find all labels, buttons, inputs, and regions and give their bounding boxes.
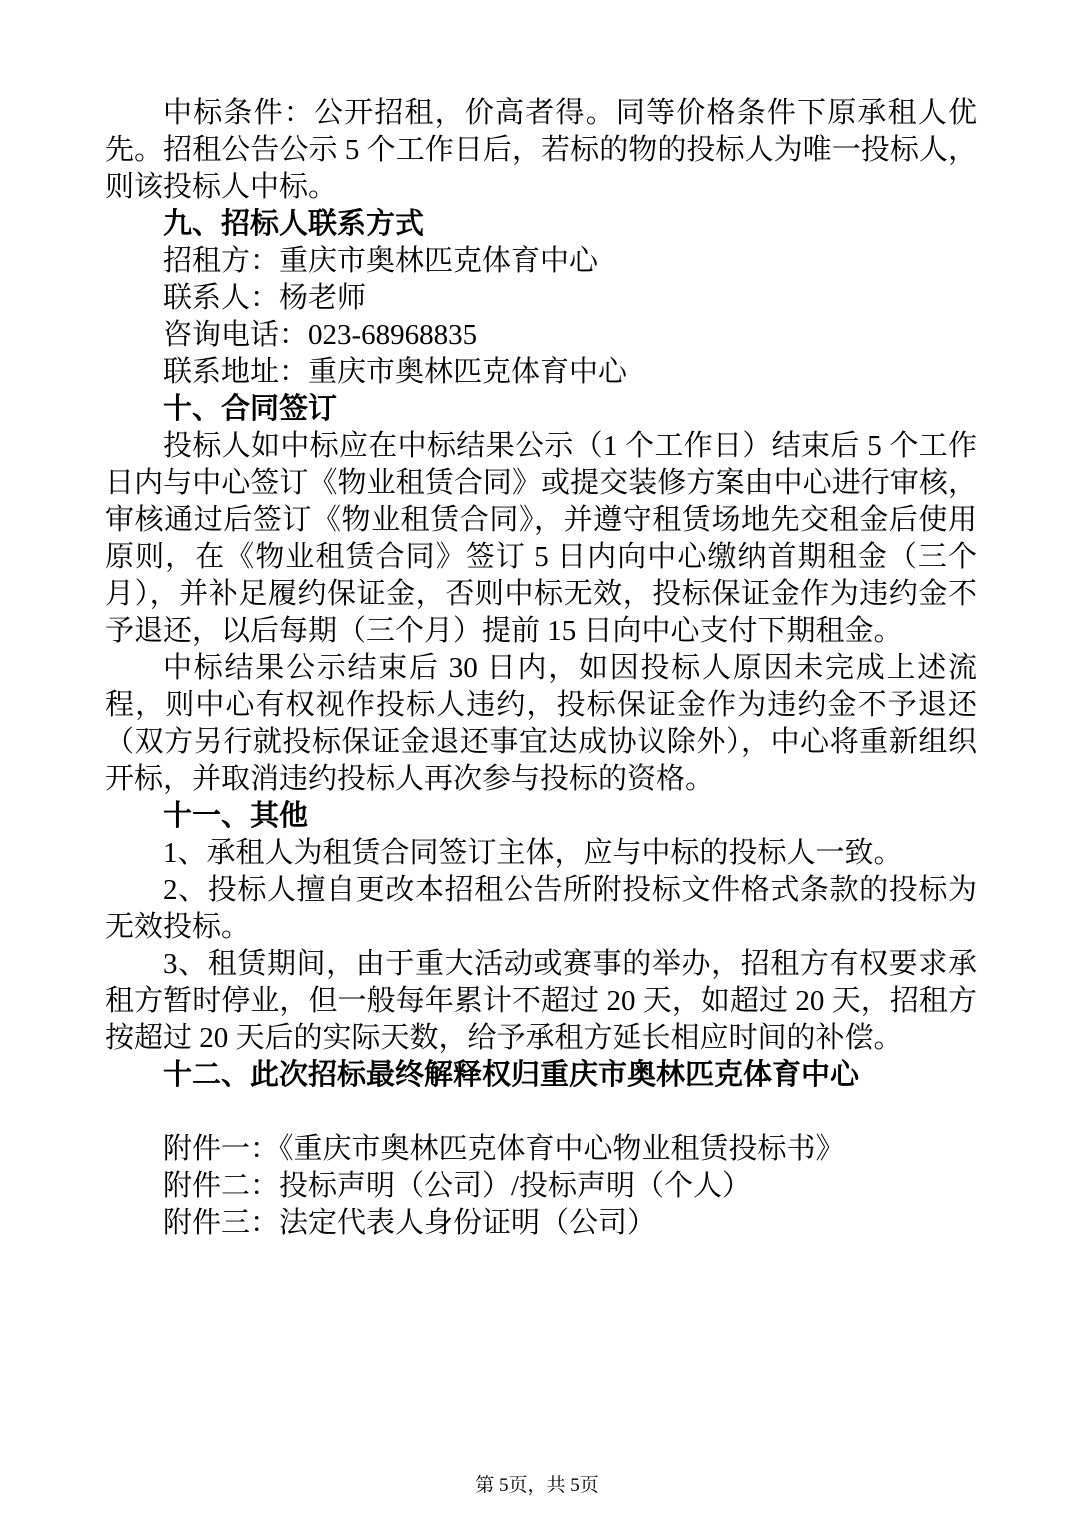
blank-line <box>105 1094 977 1131</box>
page-footer: 第 5页，共 5页 <box>0 1474 1074 1498</box>
heading-section-11-others: 十一、其他 <box>105 798 977 835</box>
contact-address: 联系地址：重庆市奥林匹克体育中心 <box>105 354 977 391</box>
contact-lessor: 招租方：重庆市奥林匹克体育中心 <box>105 243 977 280</box>
contact-person: 联系人：杨老师 <box>105 280 977 317</box>
paragraph-other-item-3: 3、租赁期间，由于重大活动或赛事的举办，招租方有权要求承租方暂时停业，但一般每年… <box>105 946 977 1057</box>
paragraph-breach-terms: 中标结果公示结束后 30 日内，如因投标人原因未完成上述流程，则中心有权视作投标… <box>105 650 977 798</box>
paragraph-other-item-1: 1、承租人为租赁合同签订主体，应与中标的投标人一致。 <box>105 835 977 872</box>
attachment-3: 附件三：法定代表人身份证明（公司） <box>105 1205 977 1242</box>
paragraph-other-item-2: 2、投标人擅自更改本招租公告所附投标文件格式条款的投标为无效投标。 <box>105 872 977 946</box>
heading-section-12-interpretation: 十二、此次招标最终解释权归重庆市奥林匹克体育中心 <box>105 1057 977 1094</box>
document-body: 中标条件：公开招租，价高者得。同等价格条件下原承租人优先。招租公告公示 5 个工… <box>105 95 977 1242</box>
heading-section-9-contact: 九、招标人联系方式 <box>105 206 977 243</box>
document-page: 中标条件：公开招租，价高者得。同等价格条件下原承租人优先。招租公告公示 5 个工… <box>0 0 1074 1520</box>
contact-phone: 咨询电话：023-68968835 <box>105 317 977 354</box>
page-number-indicator: 第 5页，共 5页 <box>475 1475 599 1496</box>
heading-section-10-contract: 十、合同签订 <box>105 391 977 428</box>
paragraph-contract-signing: 投标人如中标应在中标结果公示（1 个工作日）结束后 5 个工作日内与中心签订《物… <box>105 428 977 650</box>
paragraph-award-conditions: 中标条件：公开招租，价高者得。同等价格条件下原承租人优先。招租公告公示 5 个工… <box>105 95 977 206</box>
attachment-1: 附件一：《重庆市奥林匹克体育中心物业租赁投标书》 <box>105 1131 977 1168</box>
attachment-2: 附件二：投标声明（公司）/投标声明（个人） <box>105 1168 977 1205</box>
